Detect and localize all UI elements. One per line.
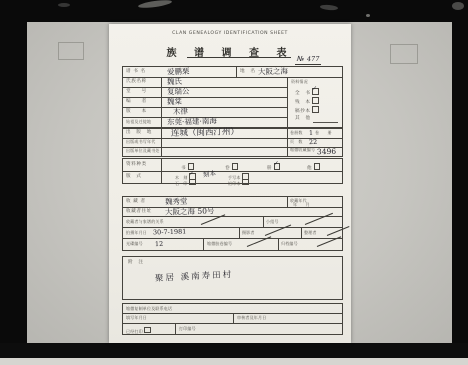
holder-address-value: 大阪之海 50号 [165,207,215,216]
condition-complete-label: 全 书 [295,91,311,96]
film-scratch [138,0,173,9]
grid-line [123,97,287,98]
grid-line [287,197,288,207]
block-completion: 缩微复制单位及联系电话 填写年月日 审核者及年月日 已经打印 打印编号 [122,303,343,335]
material-opt-book-label: 书 [181,166,186,171]
condition-partial: 残 本 [295,97,319,106]
grid-line [175,323,176,334]
field-value-edition: 木律 [173,108,188,116]
field-label-place: 地 名 [240,70,256,75]
field-label-hall: 堂 号 [126,90,147,95]
material-opt-volume-label: 册 [267,166,272,171]
film-left-band [0,20,27,343]
material-opt-volume: 册✓ [267,163,280,172]
grid-line [301,227,302,238]
checkbox-lithograph [189,179,196,186]
block-remarks: 附 注 聚居 溪南寿田村 [122,256,343,300]
print-opt-letterpress-label: 铅印本 [228,181,241,186]
photographer-label: 摄影者 [242,231,255,236]
field-suffix-volumes: 卷 册 [315,131,332,136]
disc-no-label: 光碟编号 [126,242,143,247]
title-underline [187,57,291,58]
grid-line [123,323,342,324]
field-label-pubyear: 出版或书写年代 [126,140,155,145]
holder-value: 魏秀堂 [165,198,188,206]
field-value-place: 大阪之海 [258,68,288,76]
field-label-editor: 编 者 [126,100,147,105]
checkmark: ✓ [312,86,318,92]
grid-line [236,67,237,77]
remarks-note: 聚居 溪南寿田村 [155,271,234,284]
block-holder-info: 收 藏 者 魏秀堂 收藏年代 年 月 收藏者住址 大阪之海 50号 收藏者与家谱… [122,196,343,251]
condition-other-label: 其 他 [295,117,311,122]
grid-line [123,87,287,88]
sheet-number-value: 477 [306,56,319,63]
condition-other-line [313,122,338,123]
checkbox-book [188,163,195,170]
checkbox-letterpress [242,179,249,186]
field-value-title: 爱鹏栗 [167,68,190,76]
holder-address-label: 收藏者住址 [126,210,152,215]
material-type-label: 资料种类 [126,163,147,168]
grid-line [278,238,279,250]
arranger-label: 整理者 [304,231,317,236]
field-label-pubplace: 出 版 地 [126,131,152,136]
field-label-migration: 始祖及迁徙地 [126,120,151,125]
checkbox-partial [312,97,319,104]
field-value-microfilm-no: 3496 [317,148,336,156]
group-no-label: 小组号 [266,220,279,225]
disc-no-value: 12 [155,240,163,247]
english-title: CLAN GENEALOGY IDENTIFICATION SHEET [109,31,351,36]
grid-line [287,77,288,127]
field-label-clan: 氏族名称 [126,80,147,85]
field-value-clan: 魏氏 [167,78,182,86]
condition-header: 资料情况 [291,80,308,85]
microfilm-scan: CLAN GENEALOGY IDENTIFICATION SHEET 族 谱 … [0,0,468,365]
film-scratch [452,2,464,10]
backing-stamp-box-right [390,44,418,64]
grid-line [123,216,342,217]
field-label-volumes: 卷册数 [290,131,303,136]
field-value-editor: 魏棠 [167,98,182,106]
sheet-number: № 477 [295,55,321,65]
checkbox-other [314,163,321,170]
print-opt-lithograph-label: 石 印 [175,181,188,186]
grid-line [203,238,204,250]
holder-year-units: 年 月 [293,203,310,208]
printed-label-text: 已经打印 [126,329,143,334]
printed-label: 已经打印 [126,327,151,335]
checkmark: ✓ [274,161,280,167]
holder-label: 收 藏 者 [126,200,146,205]
block-publication: 出 版 地 连城（闽西汀州） 卷册数 1 卷 册 出版或书写年代 页 数 22 … [122,128,343,157]
field-value-hall: 复瑞公 [167,88,190,96]
roll-no-label: 缩微胶卷编号 [207,242,232,247]
print-opt-letterpress: 铅印本 [228,179,249,187]
field-label-pubunit: 出版单位及藏书处 [126,149,160,154]
material-opt-scroll-label: 卷 [225,166,230,171]
print-handwritten-note: 刻本 [203,170,217,178]
film-scratch [320,4,338,11]
condition-partial-label: 残 本 [295,100,311,105]
fill-date-label: 填写年月日 [126,316,147,321]
grid-line [287,129,288,156]
checkmark: ✓ [189,171,194,177]
film-scratch [58,3,70,7]
grid-line [263,216,264,227]
grid-line [161,129,162,156]
form-sheet: CLAN GENEALOGY IDENTIFICATION SHEET 族 谱 … [109,24,351,343]
grid-line [123,238,342,239]
field-label-edition: 版 本 [126,110,147,115]
slash-mark [305,213,333,225]
checkbox-printed [144,327,151,334]
grid-line [123,107,287,108]
field-value-volumes: 1 [309,130,313,137]
field-value-migration: 东莞·福建·南海 [167,117,217,126]
checkbox-scroll [232,163,239,170]
checkbox-manuscript [312,106,319,113]
material-opt-other: 他 [307,163,320,172]
photo-date-value: 30-7-1981 [153,229,187,236]
backing-stamp-box-left [58,42,84,60]
review-label: 审核者及年月日 [237,316,266,321]
grid-line [233,313,234,323]
film-top-band [0,0,468,22]
film-right-band [452,20,468,343]
photo-date-label: 拍摄年月日 [126,231,147,236]
grid-line [239,227,240,238]
holder-relation-label: 收藏者与家谱的关系 [126,220,164,225]
print-type-label: 版 式 [126,175,142,180]
field-value-pages: 22 [309,139,317,146]
checkbox-volume: ✓ [274,163,281,170]
film-speck [366,14,370,17]
film-bottom-strip [0,358,468,365]
condition-complete: 全 书✓ [295,88,319,97]
condition-manuscript-label: 稿抄本 [295,109,311,114]
field-label-pages: 页 数 [290,140,303,145]
grid-line [161,77,162,127]
block-material-type: 资料种类 书 卷 册✓ 他 版 式 木 刻✓ 刻本 手写本 石 印 [122,158,343,184]
block-basic-info: 谱 书 名 爱鹏栗 地 名 大阪之海 氏族名称 魏氏 堂 号 复瑞公 编 者 魏… [122,66,343,128]
archive-no-label: 归档编号 [281,242,298,247]
material-opt-other-label: 他 [307,166,312,171]
field-label-title: 谱 书 名 [126,70,146,75]
field-value-pubplace: 连城（闽西汀州） [171,128,239,138]
field-label-microfilm-no: 缩微收藏编号 [290,148,318,153]
remarks-label: 附 注 [128,261,144,266]
material-opt-scroll: 卷 [225,163,238,172]
grid-line [161,159,162,183]
print-opt-lithograph: 石 印 [175,179,196,187]
film-bottom-band [0,343,468,358]
sheet-number-label: № [297,55,304,63]
checkbox-complete: ✓ [312,88,319,95]
copy-unit-label: 缩微复制单位及联系电话 [126,307,172,312]
grid-line [123,77,342,78]
condition-manuscript: 稿抄本 [295,106,319,115]
print-no-label: 打印编号 [179,327,196,332]
